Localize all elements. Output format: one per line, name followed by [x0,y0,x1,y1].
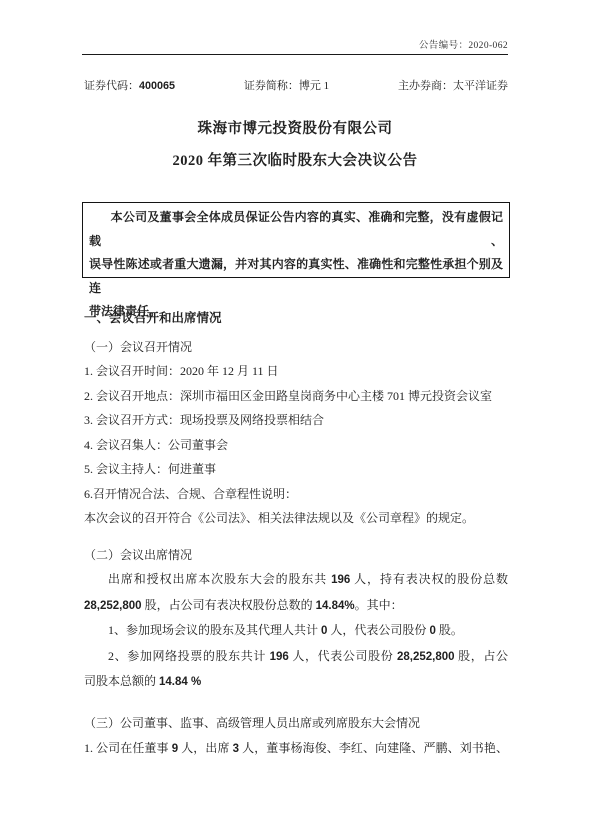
meeting-time: 1. 会议召开时间：2020 年 12 月 11 日 [84,359,508,384]
securities-abbr: 证券简称：博元 1 [244,77,329,93]
disclaimer-line-text: 误导性陈述或者重大遗漏，并对其内容的真实性、准确性和完整性承担个别及连 [89,257,503,295]
text-segment: 出席和授权出席本次股东大会的股东共 [108,572,331,586]
securities-abbr-label: 证券简称： [244,80,299,92]
text-segment: 2、参加网络投票的股东共计 [108,649,270,663]
announcement-title: 2020 年第三次临时股东大会决议公告 [82,149,508,170]
text-segment: 4. 会议召集人：公司董事会 [84,438,228,452]
meeting-convener: 4. 会议召集人：公司董事会 [84,433,508,458]
text-segment: 人，出席 [178,741,233,755]
numeric-value: 14.84 % [159,676,201,688]
subsection-heading-3: （三）公司董事、监事、高级管理人员出席或列席股东大会情况 [84,711,508,736]
securities-meta-row: 证券代码：400065 证券简称：博元 1 主办券商：太平洋证券 [84,77,508,93]
sponsor-broker-value: 太平洋证券 [453,80,508,92]
text-segment: 司股本总额的 [84,674,159,688]
company-name-title: 珠海市博元投资股份有限公司 [82,117,508,138]
online-attendance-line1: 2、参加网络投票的股东共计 196 人，代表公司股份 28,252,800 股，… [84,644,508,670]
legality-statement: 本次会议的召开符合《公司法》、相关法律法规以及《公司章程》的规定。 [84,506,508,531]
text-segment: 人，代表公司股份 [289,649,397,663]
document-body: 一、会议召开和出席情况（一）会议召开情况1. 会议召开时间：2020 年 12 … [84,306,508,761]
notice-number: 公告编号：2020-062 [82,37,508,51]
text-segment: 1. 会议召开时间：2020 年 12 月 11 日 [84,364,279,378]
text-segment: 1、参加现场会议的股东及其代理人共计 [108,623,321,637]
text-segment: 股。 [436,623,463,637]
subsection-heading-2: （二）会议出席情况 [84,543,508,568]
text-segment: （三）公司董事、监事、高级管理人员出席或列席股东大会情况 [84,716,420,730]
disclaimer-line: 误导性陈述或者重大遗漏，并对其内容的真实性、准确性和完整性承担个别及连 [89,253,503,300]
meeting-method: 3. 会议召开方式：现场投票及网络投票相结合 [84,408,508,433]
attendance-summary-line2: 28,252,800 股，占公司有表决权股份总数的 14.84%。其中： [84,593,508,619]
legality-statement-label: 6.召开情况合法、合规、合章程性说明： [84,482,508,507]
numeric-value: 28,252,800 [84,600,142,612]
text-segment: 5. 会议主持人：何进董事 [84,462,216,476]
onsite-attendance: 1、参加现场会议的股东及其代理人共计 0 人，代表公司股份 0 股。 [84,618,508,644]
text-segment: （一）会议召开情况 [84,340,192,354]
sponsor-broker-label: 主办券商： [398,80,453,92]
securities-code-label: 证券代码： [84,80,139,92]
text-segment: 1. 公司在任董事 [84,741,172,755]
disclaimer-line-text: 本公司及董事会全体成员保证公告内容的真实、准确和完整，没有虚假记载、 [89,210,503,248]
text-segment: 一、会议召开和出席情况 [84,311,222,325]
text-segment: 人，董事杨海俊、李红、向建隆、严鹏、刘书艳、 [239,741,508,755]
text-segment: 本次会议的召开符合《公司法》、相关法律法规以及《公司章程》的规定。 [84,511,474,525]
securities-abbr-value: 博元 1 [299,80,329,92]
text-segment: 股，占公 [455,649,508,663]
meeting-chair: 5. 会议主持人：何进董事 [84,457,508,482]
securities-code-value: 400065 [139,80,175,92]
header-divider-line [82,54,508,55]
disclaimer-box: 本公司及董事会全体成员保证公告内容的真实、准确和完整，没有虚假记载、误导性陈述或… [82,202,510,278]
numeric-value: 196 [331,574,350,586]
securities-code: 证券代码：400065 [84,77,175,93]
text-segment: 6.召开情况合法、合规、合章程性说明： [84,487,297,501]
disclaimer-line: 本公司及董事会全体成员保证公告内容的真实、准确和完整，没有虚假记载、 [89,206,503,253]
section-heading-1: 一、会议召开和出席情况 [84,306,508,331]
numeric-value: 14.84% [316,600,355,612]
text-segment: 3. 会议召开方式：现场投票及网络投票相结合 [84,413,324,427]
sponsor-broker: 主办券商：太平洋证券 [398,77,508,93]
subsection-heading-1: （一）会议召开情况 [84,335,508,360]
announcement-document-page: 公告编号：2020-062 证券代码：400065 证券简称：博元 1 主办券商… [0,0,591,840]
text-segment: 。其中： [355,598,403,612]
text-segment: 人，持有表决权的股份总数 [350,572,508,586]
text-segment: 2. 会议召开地点：深圳市福田区金田路皇岗商务中心主楼 701 博元投资会议室 [84,389,492,403]
meeting-place: 2. 会议召开地点：深圳市福田区金田路皇岗商务中心主楼 701 博元投资会议室 [84,384,508,409]
text-segment: 股，占公司有表决权股份总数的 [142,598,316,612]
directors-attendance: 1. 公司在任董事 9 人，出席 3 人，董事杨海俊、李红、向建隆、严鹏、刘书艳… [84,736,508,762]
numeric-value: 196 [270,651,289,663]
text-segment: 人，代表公司股份 [327,623,429,637]
online-attendance-line2: 司股本总额的 14.84 % [84,669,508,695]
numeric-value: 28,252,800 [397,651,455,663]
attendance-summary-line1: 出席和授权出席本次股东大会的股东共 196 人，持有表决权的股份总数 [84,567,508,593]
text-segment: （二）会议出席情况 [84,548,192,562]
